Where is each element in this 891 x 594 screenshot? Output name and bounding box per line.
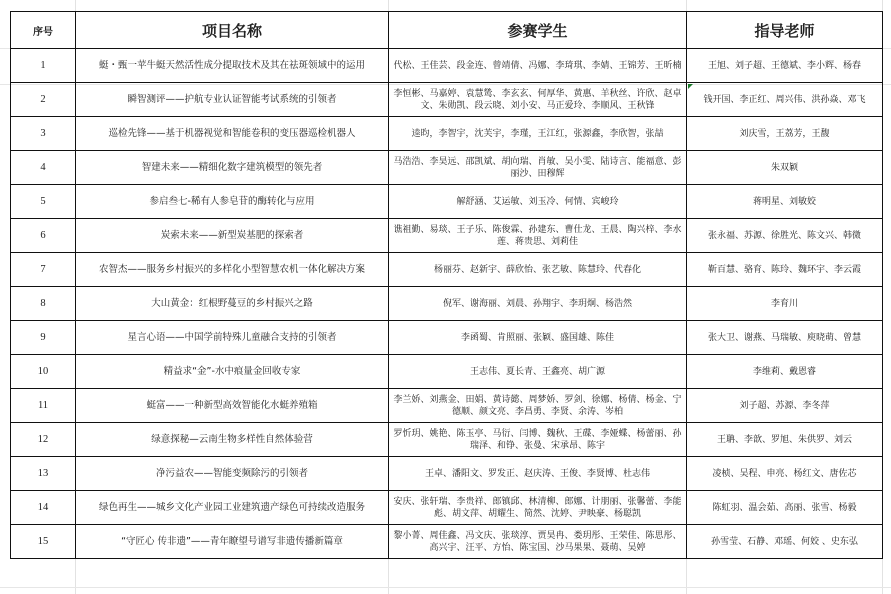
project-name-cell[interactable]: 瞬智测评——护航专业认证智能考试系统的引领者 (76, 83, 389, 117)
students-cell[interactable]: 解舒涵、艾运敏、刘玉冷、何情、宾峻玲 (389, 185, 687, 219)
header-row: 序号 项目名称 参赛学生 指导老师 (11, 12, 883, 49)
project-name-cell[interactable]: 星言心语——中国学前特殊儿童融合支持的引领者 (76, 321, 389, 355)
teachers-cell[interactable]: 陈虹羽、温会茹、高丽、张雪、杨毅 (687, 491, 883, 525)
project-name-cell[interactable]: 绿色再生——城乡文化产业园工业建筑遗产绿色可持续改造服务 (76, 491, 389, 525)
project-name-cell[interactable]: 蜓富——一种新型高效智能化水蜓养殖箱 (76, 389, 389, 423)
row-index[interactable]: 14 (11, 491, 76, 525)
project-name-cell[interactable]: 炭索未来——新型炭基肥的探索者 (76, 219, 389, 253)
teachers-cell[interactable]: 刘子超、苏源、李冬萍 (687, 389, 883, 423)
row-index[interactable]: 5 (11, 185, 76, 219)
students-cell[interactable]: 马浩浩、李昊远、邵凯斌、胡向瑞、肖敏、吴小雯、陆诗言、能福意、彭丽沙、田穆辉 (389, 151, 687, 185)
table-row: 6炭索未来——新型炭基肥的探索者谯祖勤、易琰、王子乐、陈俊霖、孙建东、曹仕龙、王… (11, 219, 883, 253)
row-index[interactable]: 7 (11, 253, 76, 287)
table-row: 7农智杰——服务乡村振兴的多样化小型智慧农机一体化解决方案杨丽芬、赵新宇、薛欣怡… (11, 253, 883, 287)
project-name-cell[interactable]: 蜓・甄一苹牛蜓天然活性成分提取技术及其在祛斑领域中的运用 (76, 49, 389, 83)
table-row: 11蜓富——一种新型高效智能化水蜓养殖箱李兰娇、刘燕金、田娟、黄诗懿、周梦娇、罗… (11, 389, 883, 423)
teachers-cell[interactable]: 张大卫、谢燕、马瑞敏、庾晓萌、曾慧 (687, 321, 883, 355)
table-row: 10精益求“金”-水中痕量金回收专家王志伟、夏长青、王鑫亮、胡广源李维莉、戴恩睿 (11, 355, 883, 389)
teachers-cell[interactable]: 孙雪莹、石静、邓瑶、何姣 、史东弘 (687, 525, 883, 559)
row-index[interactable]: 9 (11, 321, 76, 355)
project-name-cell[interactable]: 智建未来——精细化数字建筑模型的领先者 (76, 151, 389, 185)
header-project[interactable]: 项目名称 (76, 12, 389, 49)
table-row: 8大山黄金：红根野蔓豆的乡村振兴之路倪军、谢海丽、刘晨、孙翔宇、李玥炯、杨浩然李… (11, 287, 883, 321)
students-cell[interactable]: 倪军、谢海丽、刘晨、孙翔宇、李玥炯、杨浩然 (389, 287, 687, 321)
table-row: 13净污益农——智能变频除污的引领者王卓、潘阳文、罗发正、赵庆涛、王俊、李贤博、… (11, 457, 883, 491)
table-row: 12绿意探秘—云南生物多样性自然体验营罗忻玥、姚艳、陈玉亭、马衍、闫博、魏秋、王… (11, 423, 883, 457)
row-index[interactable]: 4 (11, 151, 76, 185)
teachers-cell[interactable]: 李维莉、戴恩睿 (687, 355, 883, 389)
students-cell[interactable]: 代松、王佳芸、段金连、曾靖倩、冯娜、李琦琪、李婧、王锦芳、王昕楠 (389, 49, 687, 83)
teachers-cell[interactable]: 靳百慧、骆育、陈玲、魏环宇、李云霞 (687, 253, 883, 287)
row-index[interactable]: 6 (11, 219, 76, 253)
students-cell[interactable]: 李函蜀、肯照丽、张颖、盛国雄、陈佳 (389, 321, 687, 355)
row-index[interactable]: 15 (11, 525, 76, 559)
teachers-cell[interactable]: 凌桢、吴程、申亮、杨红文、唐佐芯 (687, 457, 883, 491)
project-name-cell[interactable]: “守匠心 传非遗”——青年瞭望号谱写非遗传播新篇章 (76, 525, 389, 559)
teachers-cell[interactable]: 李育川 (687, 287, 883, 321)
teachers-cell[interactable]: 王旭、刘子超、王德斌、李小辉、杨春 (687, 49, 883, 83)
project-name-cell[interactable]: 绿意探秘—云南生物多样性自然体验营 (76, 423, 389, 457)
table-row: 14绿色再生——城乡文化产业园工业建筑遗产绿色可持续改造服务安庆、张轩瑞、李贵祥… (11, 491, 883, 525)
students-cell[interactable]: 杨丽芬、赵新宇、薛欣怡、张艺敏、陈慧玲、代春化 (389, 253, 687, 287)
teachers-cell[interactable]: 朱双颖 (687, 151, 883, 185)
students-cell[interactable]: 罗忻玥、姚艳、陈玉亭、马衍、闫博、魏秋、王碟、李娅蝶、杨蕾丽、孙瑞泽、和铮、张曼… (389, 423, 687, 457)
teachers-cell[interactable]: 王聃、李歆、罗旭、朱供罗、刘云 (687, 423, 883, 457)
row-index[interactable]: 10 (11, 355, 76, 389)
table-row: 1蜓・甄一苹牛蜓天然活性成分提取技术及其在祛斑领域中的运用代松、王佳芸、段金连、… (11, 49, 883, 83)
table-row: 2瞬智测评——护航专业认证智能考试系统的引领者李恒彬、马嘉婷、袁慧鸶、李玄玄、何… (11, 83, 883, 117)
table-row: 3巡检先锋——基于机器视觉和智能卷积的变压器巡检机器人逵昀，李智宇，沈芙宇，李瑾… (11, 117, 883, 151)
project-table: 序号 项目名称 参赛学生 指导老师 1蜓・甄一苹牛蜓天然活性成分提取技术及其在祛… (10, 11, 883, 559)
project-name-cell[interactable]: 巡检先锋——基于机器视觉和智能卷积的变压器巡检机器人 (76, 117, 389, 151)
students-cell[interactable]: 黎小菁、周佳鑫、冯文庆、张琰淳、贾昊冉、娄玥彤、王荣佳、陈思彤、高兴宇、汪平、方… (389, 525, 687, 559)
row-index[interactable]: 12 (11, 423, 76, 457)
table-row: 4智建未来——精细化数字建筑模型的领先者马浩浩、李昊远、邵凯斌、胡向瑞、肖敏、吴… (11, 151, 883, 185)
teachers-cell[interactable]: 张永福、苏源、徐胜光、陈文兴、韩微 (687, 219, 883, 253)
row-index[interactable]: 11 (11, 389, 76, 423)
header-students[interactable]: 参赛学生 (389, 12, 687, 49)
students-cell[interactable]: 王卓、潘阳文、罗发正、赵庆涛、王俊、李贤博、杜志伟 (389, 457, 687, 491)
project-name-cell[interactable]: 大山黄金：红根野蔓豆的乡村振兴之路 (76, 287, 389, 321)
row-index[interactable]: 1 (11, 49, 76, 83)
students-cell[interactable]: 李恒彬、马嘉婷、袁慧鸶、李玄玄、何厚华、黄惠、羊秋丝、许欣、赵卓文、朱勋凯、段云… (389, 83, 687, 117)
table-row: 9星言心语——中国学前特殊儿童融合支持的引领者李函蜀、肯照丽、张颖、盛国雄、陈佳… (11, 321, 883, 355)
teachers-cell[interactable]: 刘庆雪，王荔芳，王馥 (687, 117, 883, 151)
students-cell[interactable]: 李兰娇、刘燕金、田娟、黄诗懿、周梦娇、罗剑、徐娜、杨倩、杨金、宁德顺、颜文亮、李… (389, 389, 687, 423)
header-teachers[interactable]: 指导老师 (687, 12, 883, 49)
students-cell[interactable]: 王志伟、夏长青、王鑫亮、胡广源 (389, 355, 687, 389)
project-name-cell[interactable]: 参启叁七-稀有人参皂苷的酶转化与应用 (76, 185, 389, 219)
teachers-cell[interactable]: 蒋明星、刘敏姣 (687, 185, 883, 219)
header-index[interactable]: 序号 (11, 12, 76, 49)
row-index[interactable]: 8 (11, 287, 76, 321)
project-name-cell[interactable]: 净污益农——智能变频除污的引领者 (76, 457, 389, 491)
row-index[interactable]: 3 (11, 117, 76, 151)
table-row: 5参启叁七-稀有人参皂苷的酶转化与应用解舒涵、艾运敏、刘玉冷、何情、宾峻玲蒋明星… (11, 185, 883, 219)
project-name-cell[interactable]: 精益求“金”-水中痕量金回收专家 (76, 355, 389, 389)
students-cell[interactable]: 逵昀，李智宇，沈芙宇，李瑾，王江红，张源鑫，李欣智，张喆 (389, 117, 687, 151)
table-row: 15“守匠心 传非遗”——青年瞭望号谱写非遗传播新篇章黎小菁、周佳鑫、冯文庆、张… (11, 525, 883, 559)
row-index[interactable]: 2 (11, 83, 76, 117)
students-cell[interactable]: 谯祖勤、易琰、王子乐、陈俊霖、孙建东、曹仕龙、王晨、陶兴梓、李水莲、蒋贵思、刘莉… (389, 219, 687, 253)
cell-comment-marker[interactable] (688, 84, 693, 89)
teachers-cell[interactable]: 钱开国、李正红、周兴伟、洪孙焱、邓飞 (687, 83, 883, 117)
project-name-cell[interactable]: 农智杰——服务乡村振兴的多样化小型智慧农机一体化解决方案 (76, 253, 389, 287)
students-cell[interactable]: 安庆、张轩瑞、李贵祥、郎镇邱、林清柳、郎娜、计朋丽、张馨蕾、李能彪、胡文萍、胡耀… (389, 491, 687, 525)
row-index[interactable]: 13 (11, 457, 76, 491)
